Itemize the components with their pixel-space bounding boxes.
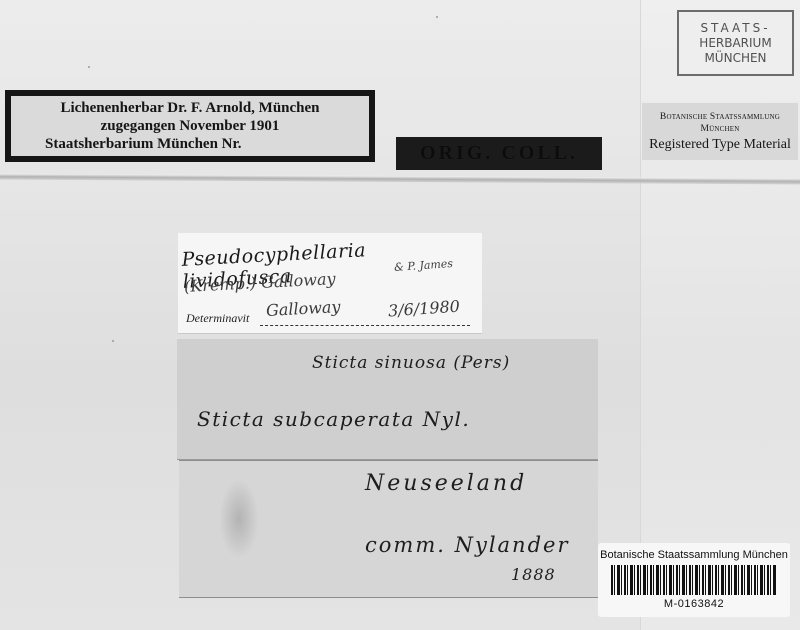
paper-stain — [219, 479, 259, 559]
registered-type-material-label: Botanische Staatssammlung München Regist… — [642, 103, 798, 160]
arnold-herbarium-label: Lichenenherbar Dr. F. Arnold, München zu… — [5, 90, 375, 162]
barcode-institution: Botanische Staatssammlung München — [600, 549, 788, 562]
determiner-name: Galloway — [266, 297, 341, 320]
packet-lower-communicator: comm. Nylander — [365, 533, 570, 557]
herbarium-stamp: STAATS- HERBARIUM MÜNCHEN — [677, 10, 794, 76]
barcode-label: Botanische Staatssammlung München M-0163… — [598, 543, 790, 617]
packet-lower-locality: Neuseeland — [365, 471, 527, 496]
type-label-city: München — [700, 123, 739, 135]
packet-upper-line-1: Sticta sinuosa (Pers) — [312, 353, 510, 373]
packet-label-lower: Neuseeland comm. Nylander 1888 — [179, 460, 598, 598]
orig-coll-text: ORIG. COLL. — [420, 142, 578, 165]
paper-speck — [88, 66, 90, 68]
arnold-label-line-3: Staatsherbarium München Nr. — [11, 135, 242, 153]
type-label-institution: Botanische Staatssammlung — [660, 111, 780, 123]
orig-coll-strip: ORIG. COLL. — [396, 137, 602, 170]
arnold-label-body: Lichenenherbar Dr. F. Arnold, München zu… — [11, 96, 369, 156]
determinavit-dashed-line — [260, 325, 470, 326]
packet-label-upper: Sticta sinuosa (Pers) Sticta subcaperata… — [177, 339, 598, 459]
paper-speck — [112, 340, 114, 342]
paper-speck — [436, 16, 438, 18]
packet-lower-year: 1888 — [511, 565, 556, 584]
stamp-line-1: STAATS- — [700, 21, 770, 36]
sheet-margin-strip — [640, 0, 800, 630]
stamp-line-3: MÜNCHEN — [704, 51, 766, 66]
barcode-accession-number: M-0163842 — [664, 598, 724, 610]
determination-slip: Pseudocyphellaria lividofusca (Kremp.) G… — [178, 233, 482, 333]
stamp-line-2: HERBARIUM — [699, 36, 771, 51]
arnold-label-line-2: zugegangen November 1901 — [101, 117, 280, 135]
type-label-status: Registered Type Material — [649, 136, 791, 153]
packet-upper-line-2: Sticta subcaperata Nyl. — [197, 407, 470, 431]
arnold-label-line-1: Lichenenherbar Dr. F. Arnold, München — [60, 99, 319, 117]
determinavit-label: Determinavit — [186, 311, 249, 326]
determination-date: 3/6/1980 — [387, 297, 460, 321]
barcode-icon — [611, 565, 777, 595]
